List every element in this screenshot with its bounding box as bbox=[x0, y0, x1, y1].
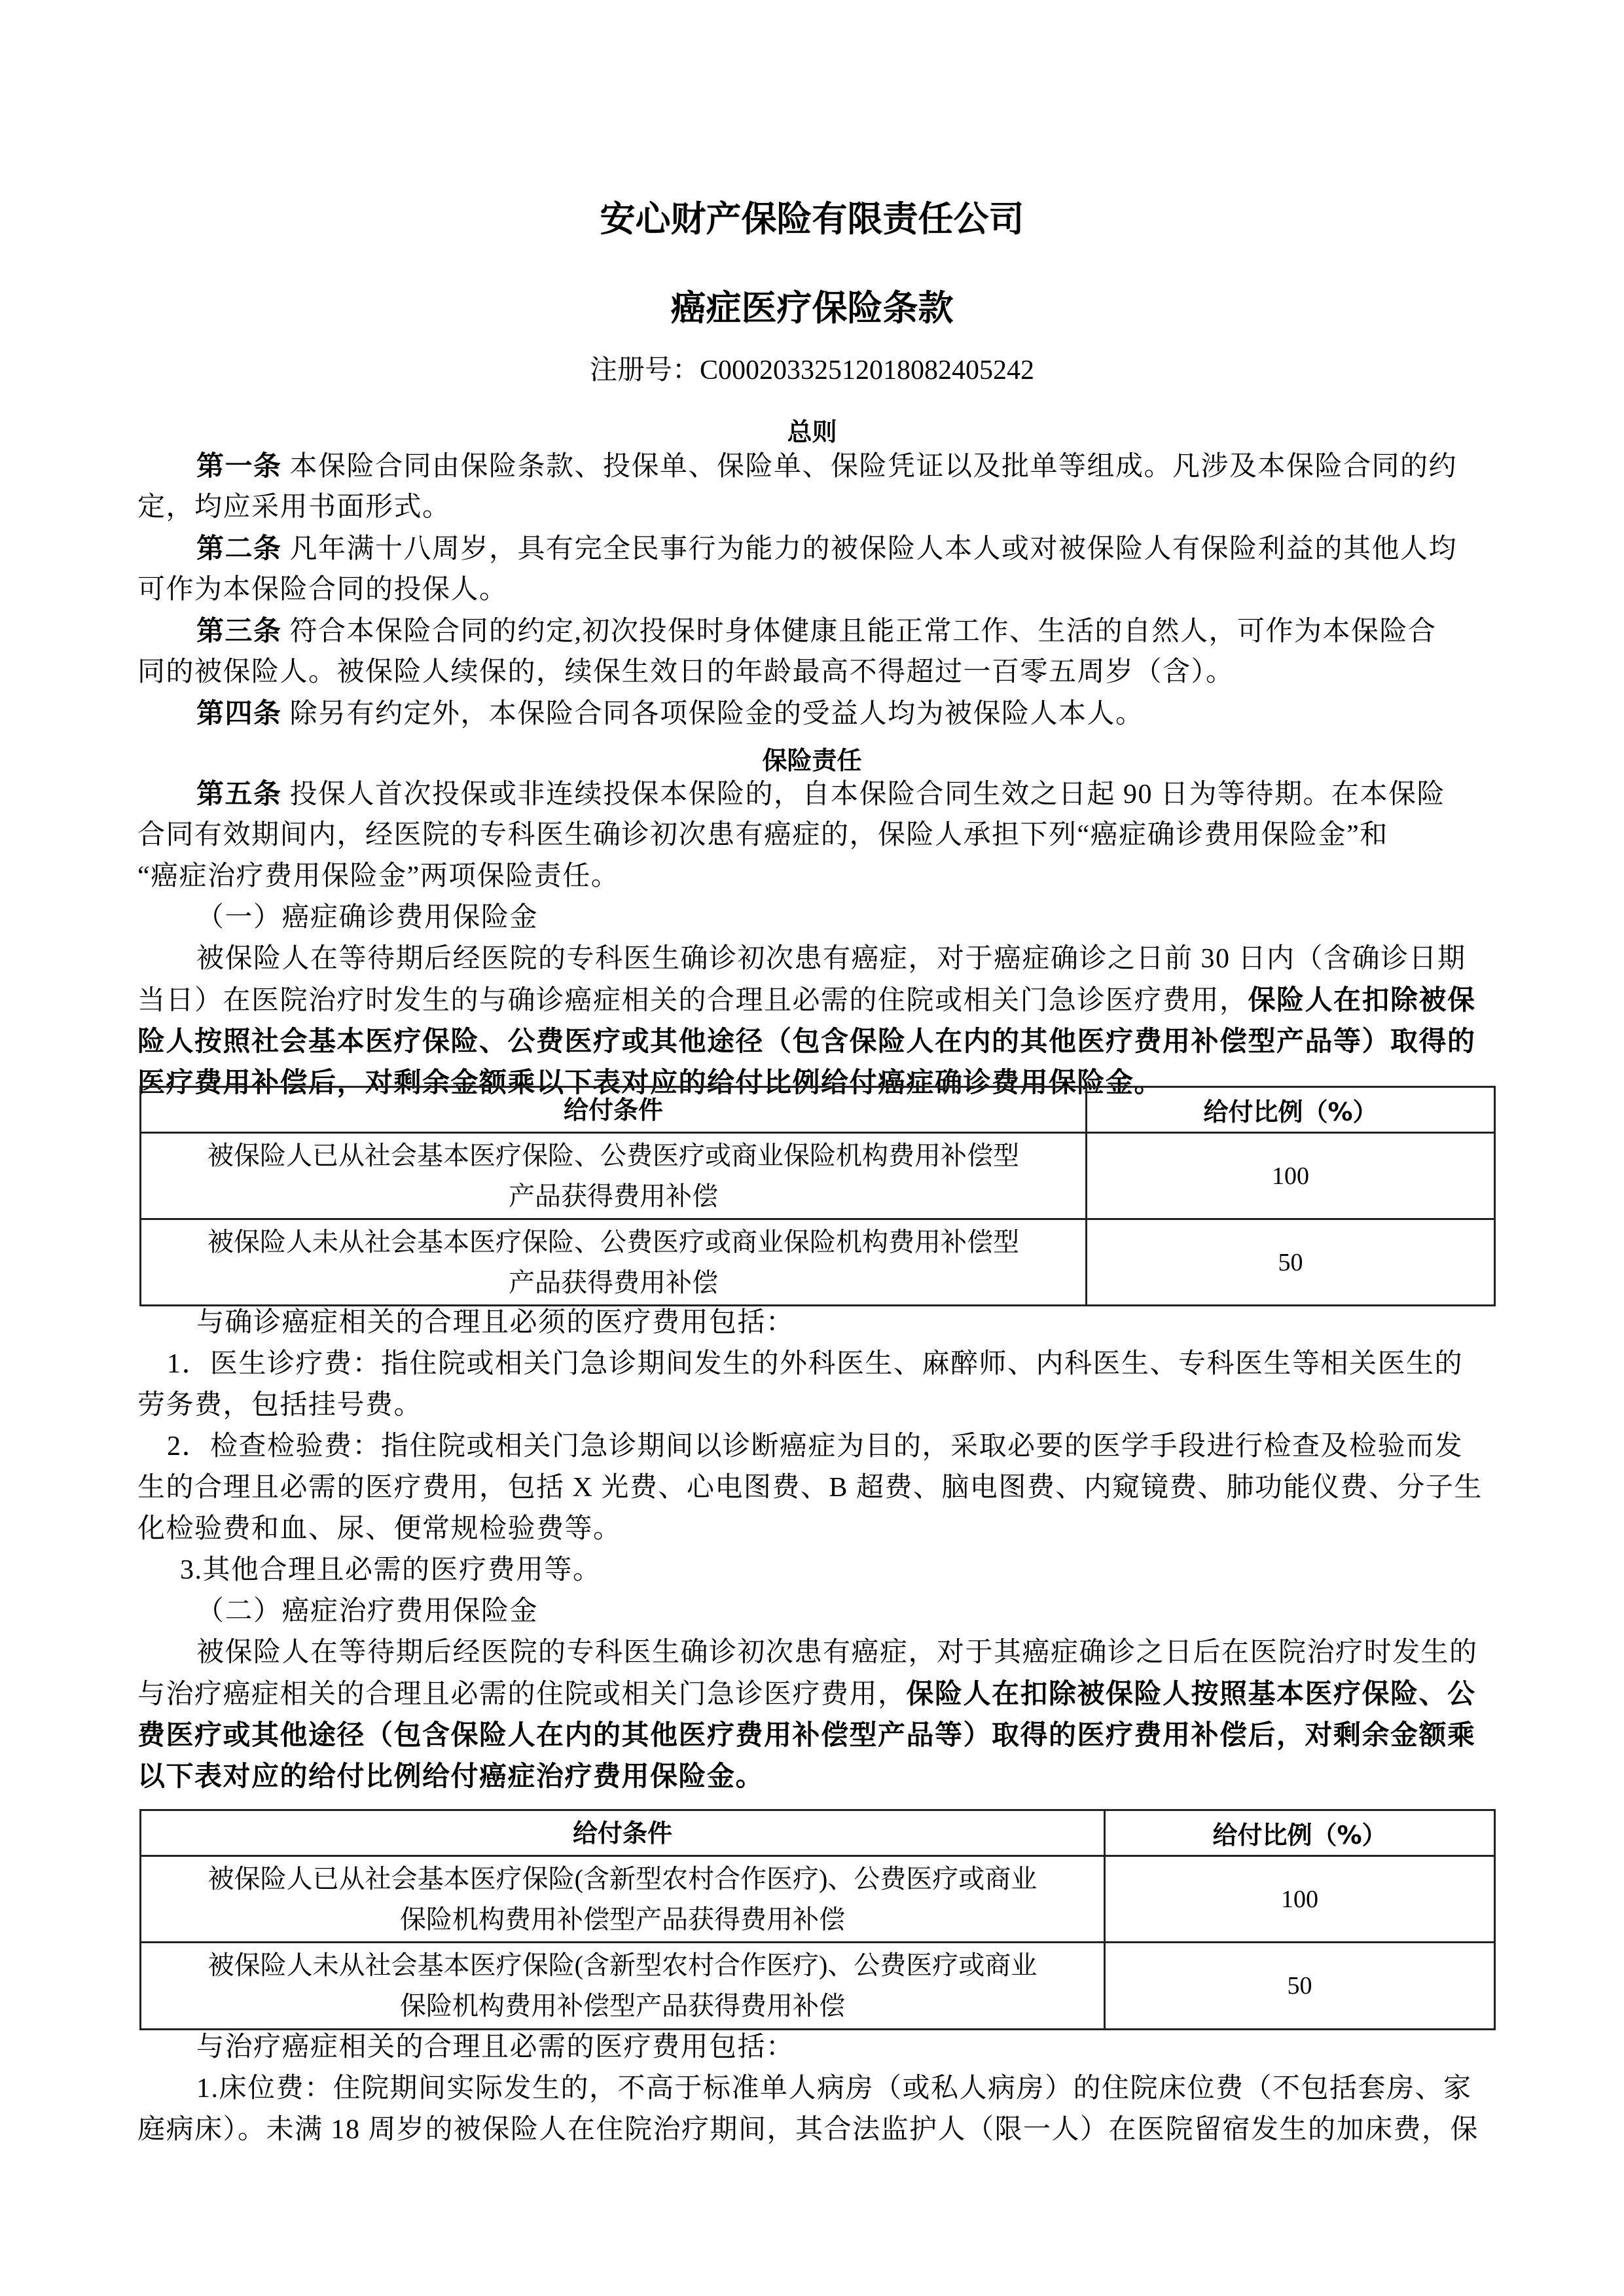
table-row: 被保险人未从社会基本医疗保险(含新型农村合作医疗)、公费医疗或商业 保险机构费用… bbox=[141, 1941, 1494, 2028]
article-1-line: 第一条 本保险合同由保险条款、投保单、保险单、保险凭证以及批单等组成。凡涉及本保… bbox=[196, 448, 1555, 485]
registration-number: 注册号：C00020332512018082405242 bbox=[0, 351, 1624, 390]
table-header-cell: 给付比例（%） bbox=[1085, 1088, 1494, 1132]
company-name: 安心财产保险有限责任公司 bbox=[0, 196, 1624, 242]
expense-item-line: 劳务费，包括挂号费。 bbox=[137, 1387, 1496, 1424]
article-3-line: 同的被保险人。被保险人续保的，续保生效日的年龄最高不得超过一百零五周岁（含）。 bbox=[137, 654, 1496, 691]
expense-item-line: 3.其他合理且必需的医疗费用等。 bbox=[180, 1552, 1538, 1588]
table-row: 被保险人已从社会基本医疗保险(含新型农村合作医疗)、公费医疗或商业 保险机构费用… bbox=[141, 1855, 1494, 1941]
expense-item-line: 化检验费和血、尿、便常规检验费等。 bbox=[137, 1511, 1496, 1547]
article-label: 第五条 bbox=[196, 778, 282, 810]
table-cell-condition: 被保险人未从社会基本医疗保险、公费医疗或商业保险机构费用补偿型 产品获得费用补偿 bbox=[141, 1220, 1085, 1304]
article-5-line: “癌症治疗费用保险金”两项保险责任。 bbox=[137, 858, 1496, 895]
table-header-cell: 给付条件 bbox=[141, 1088, 1085, 1132]
table-row: 被保险人未从社会基本医疗保险、公费医疗或商业保险机构费用补偿型 产品获得费用补偿… bbox=[141, 1218, 1494, 1304]
paragraph-line: 与治疗癌症相关的合理且必需的住院或相关门急诊医疗费用，保险人在扣除被保险人按照基… bbox=[137, 1676, 1496, 1713]
payment-ratio-table-diagnosis: 给付条件 给付比例（%） 被保险人已从社会基本医疗保险、公费医疗或商业保险机构费… bbox=[139, 1086, 1496, 1306]
paragraph-line: 被保险人在等待期后经医院的专科医生确诊初次患有癌症，对于其癌症确诊之日后在医院治… bbox=[196, 1634, 1555, 1671]
expense-item-line: 1.床位费：住院期间实际发生的，不高于标准单人病房（或私人病房）的住院床位费（不… bbox=[196, 2070, 1555, 2107]
expense-item-line: 生的合理且必需的医疗费用，包括 X 光费、心电图费、B 超费、脑电图费、内窥镜费… bbox=[137, 1469, 1496, 1506]
article-4-line: 第四条 除另有约定外，本保险合同各项保险金的受益人均为被保险人本人。 bbox=[196, 695, 1555, 732]
paragraph-line-bold: 费医疗或其他途径（包含保险人在内的其他医疗费用补偿型产品等）取得的医疗费用补偿后… bbox=[137, 1717, 1496, 1753]
expense-item-line: 2．检查检验费：指住院或相关门急诊期间以诊断癌症为目的，采取必要的医学手段进行检… bbox=[167, 1428, 1525, 1465]
paragraph-line: 被保险人在等待期后经医院的专科医生确诊初次患有癌症，对于癌症确诊之日前 30 日… bbox=[196, 941, 1555, 977]
article-5-line: 第五条 投保人首次投保或非连续投保本保险的，自本保险合同生效之日起 90 日为等… bbox=[196, 776, 1555, 813]
expense-item-line: 1．医生诊疗费：指住院或相关门急诊期间发生的外科医生、麻醉师、内科医生、专科医生… bbox=[167, 1346, 1525, 1382]
expense-item-line: 庭病床）。未满 18 周岁的被保险人在住院治疗期间，其合法监护人（限一人）在医院… bbox=[137, 2111, 1496, 2148]
paragraph-line: 当日）在医院治疗时发生的与确诊癌症相关的合理且必需的住院或相关门急诊医疗费用，保… bbox=[137, 982, 1496, 1019]
table-cell-ratio: 100 bbox=[1104, 1857, 1494, 1941]
expenses-intro: 与确诊癌症相关的合理且必须的医疗费用包括： bbox=[196, 1304, 1555, 1341]
document-page: 安心财产保险有限责任公司 癌症医疗保险条款 注册号：C0002033251201… bbox=[0, 0, 1624, 2296]
subsection-title-diagnosis: （一）癌症确诊费用保险金 bbox=[196, 899, 1555, 936]
paragraph-line-bold: 险人按照社会基本医疗保险、公费医疗或其他途径（包含保险人在内的其他医疗费用补偿型… bbox=[137, 1023, 1496, 1060]
article-label: 第一条 bbox=[196, 450, 282, 482]
table-cell-condition: 被保险人未从社会基本医疗保险(含新型农村合作医疗)、公费医疗或商业 保险机构费用… bbox=[141, 1943, 1104, 2028]
table-cell-condition: 被保险人已从社会基本医疗保险(含新型农村合作医疗)、公费医疗或商业 保险机构费用… bbox=[141, 1857, 1104, 1941]
product-title: 癌症医疗保险条款 bbox=[0, 285, 1624, 331]
article-label: 第二条 bbox=[196, 532, 282, 564]
table-cell-condition: 被保险人已从社会基本医疗保险、公费医疗或商业保险机构费用补偿型 产品获得费用补偿 bbox=[141, 1134, 1085, 1218]
expenses-intro: 与治疗癌症相关的合理且必需的医疗费用包括： bbox=[196, 2029, 1555, 2066]
table-header-cell: 给付比例（%） bbox=[1104, 1811, 1494, 1855]
table-header-cell: 给付条件 bbox=[141, 1811, 1104, 1855]
article-2-line: 可作为本保险合同的投保人。 bbox=[137, 571, 1496, 608]
table-cell-ratio: 50 bbox=[1104, 1943, 1494, 2028]
table-header-row: 给付条件 给付比例（%） bbox=[141, 1088, 1494, 1132]
article-5-line: 合同有效期间内，经医院的专科医生确诊初次患有癌症的，保险人承担下列“癌症确诊费用… bbox=[137, 817, 1496, 853]
article-label: 第三条 bbox=[196, 615, 282, 647]
article-label: 第四条 bbox=[196, 697, 282, 729]
article-1-line: 定，均应采用书面形式。 bbox=[137, 489, 1496, 526]
table-header-row: 给付条件 给付比例（%） bbox=[141, 1811, 1494, 1855]
section-heading-general: 总则 bbox=[0, 414, 1624, 450]
article-2-line: 第二条 凡年满十八周岁，具有完全民事行为能力的被保险人本人或对被保险人有保险利益… bbox=[196, 530, 1555, 567]
subsection-title-treatment: （二）癌症治疗费用保险金 bbox=[196, 1593, 1555, 1630]
payment-ratio-table-treatment: 给付条件 给付比例（%） 被保险人已从社会基本医疗保险(含新型农村合作医疗)、公… bbox=[139, 1809, 1496, 2030]
article-3-line: 第三条 符合本保险合同的约定,初次投保时身体健康且能正常工作、生活的自然人，可作… bbox=[196, 613, 1555, 650]
table-cell-ratio: 100 bbox=[1085, 1134, 1494, 1218]
paragraph-line-bold: 以下表对应的给付比例给付癌症治疗费用保险金。 bbox=[137, 1758, 1496, 1795]
table-row: 被保险人已从社会基本医疗保险、公费医疗或商业保险机构费用补偿型 产品获得费用补偿… bbox=[141, 1132, 1494, 1218]
table-cell-ratio: 50 bbox=[1085, 1220, 1494, 1304]
section-heading-liability: 保险责任 bbox=[0, 742, 1624, 779]
